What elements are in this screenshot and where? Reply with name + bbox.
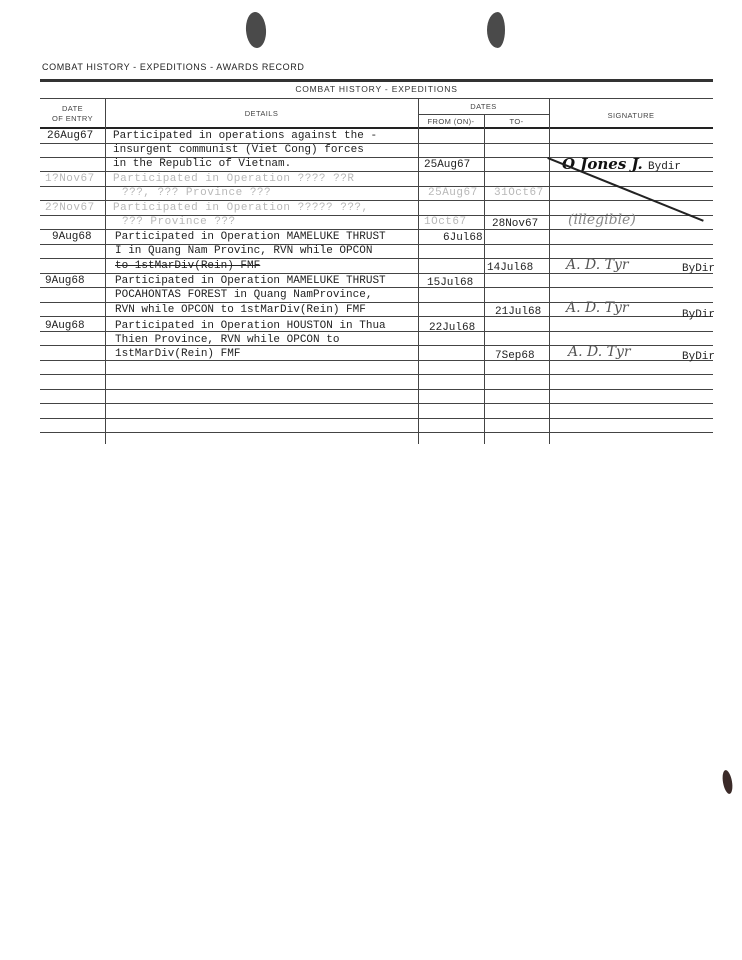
header-from: FROM (ON)- xyxy=(418,117,484,127)
entry-details-line: ??? Province ??? xyxy=(122,216,236,229)
entry-to: 31Oct67 xyxy=(494,187,544,200)
by-direction: ByDir xyxy=(682,351,715,363)
entry-details-line: insurgent communist (Viet Cong) forces xyxy=(113,144,364,157)
signature: O Jones J. xyxy=(562,155,643,173)
punch-hole-left xyxy=(245,11,267,48)
entry-details-line: Participated in Operation MAMELUKE THRUS… xyxy=(115,275,386,288)
entry-from: 25Aug67 xyxy=(424,159,470,172)
by-direction: ByDir xyxy=(682,263,715,275)
entry-details-line: Participated in Operation MAMELUKE THRUS… xyxy=(115,231,386,244)
header-dates: DATES xyxy=(418,102,549,112)
entry-date: 9Aug68 xyxy=(45,275,85,288)
signature: A. D. Tyr xyxy=(568,344,631,360)
title-rule xyxy=(40,79,713,82)
entry-details-line: Participated in Operation ???? ??R xyxy=(113,173,354,186)
entry-to: 7Sep68 xyxy=(495,350,535,363)
entry-details-line: to 1stMarDiv(Rein) FMF xyxy=(115,260,260,273)
header-signature: SIGNATURE xyxy=(549,111,713,121)
entry-details-line: ???, ??? Province ??? xyxy=(122,187,271,200)
entry-details-line: Participated in Operation HOUSTON in Thu… xyxy=(115,320,386,333)
punch-hole-right xyxy=(487,12,505,48)
entry-to: 28Nov67 xyxy=(492,218,538,231)
entry-date: 2?Nov67 xyxy=(45,202,95,215)
section-title: COMBAT HISTORY - EXPEDITIONS xyxy=(40,84,713,94)
entry-from: 25Aug67 xyxy=(428,187,478,200)
by-direction: Bydir xyxy=(648,161,681,173)
entry-from: 15Jul68 xyxy=(427,277,473,290)
entry-date: 9Aug68 xyxy=(52,231,92,244)
entry-details-line: Participated in Operation ????? ???, xyxy=(113,202,369,215)
entry-details-line: 1stMarDiv(Rein) FMF xyxy=(115,348,240,361)
entry-date: 26Aug67 xyxy=(47,130,93,143)
form-title: COMBAT HISTORY - EXPEDITIONS - AWARDS RE… xyxy=(42,62,304,72)
by-direction: ByDir xyxy=(682,309,715,321)
entry-to: 14Jul68 xyxy=(487,262,533,275)
header-to: TO- xyxy=(484,117,549,127)
entry-details-line: POCAHONTAS FOREST in Quang NamProvince, xyxy=(115,289,372,302)
ink-smudge xyxy=(721,769,734,794)
entry-to: 21Jul68 xyxy=(495,306,541,319)
header-details: DETAILS xyxy=(105,109,418,119)
entry-from: 22Jul68 xyxy=(429,322,475,335)
header-date-of-entry: DATE OF ENTRY xyxy=(40,104,105,124)
entry-from: 6Jul68 xyxy=(443,232,483,245)
entry-details-line: in the Republic of Vietnam. xyxy=(113,158,291,171)
entry-details-line: RVN while OPCON to 1stMarDiv(Rein) FMF xyxy=(115,304,366,317)
entry-details-line: Participated in operations against the - xyxy=(113,130,377,143)
signature: A. D. Tyr xyxy=(566,257,629,273)
entry-from: 1Oct67 xyxy=(424,216,467,229)
signature: A. D. Tyr xyxy=(566,300,629,316)
signature: (illegible) xyxy=(568,212,636,228)
entry-details-line: Thien Province, RVN while OPCON to xyxy=(115,334,339,347)
entry-date: 9Aug68 xyxy=(45,320,85,333)
entry-details-line: I in Quang Nam Provinc, RVN while OPCON xyxy=(115,245,372,258)
entry-date: 1?Nov67 xyxy=(45,173,95,186)
